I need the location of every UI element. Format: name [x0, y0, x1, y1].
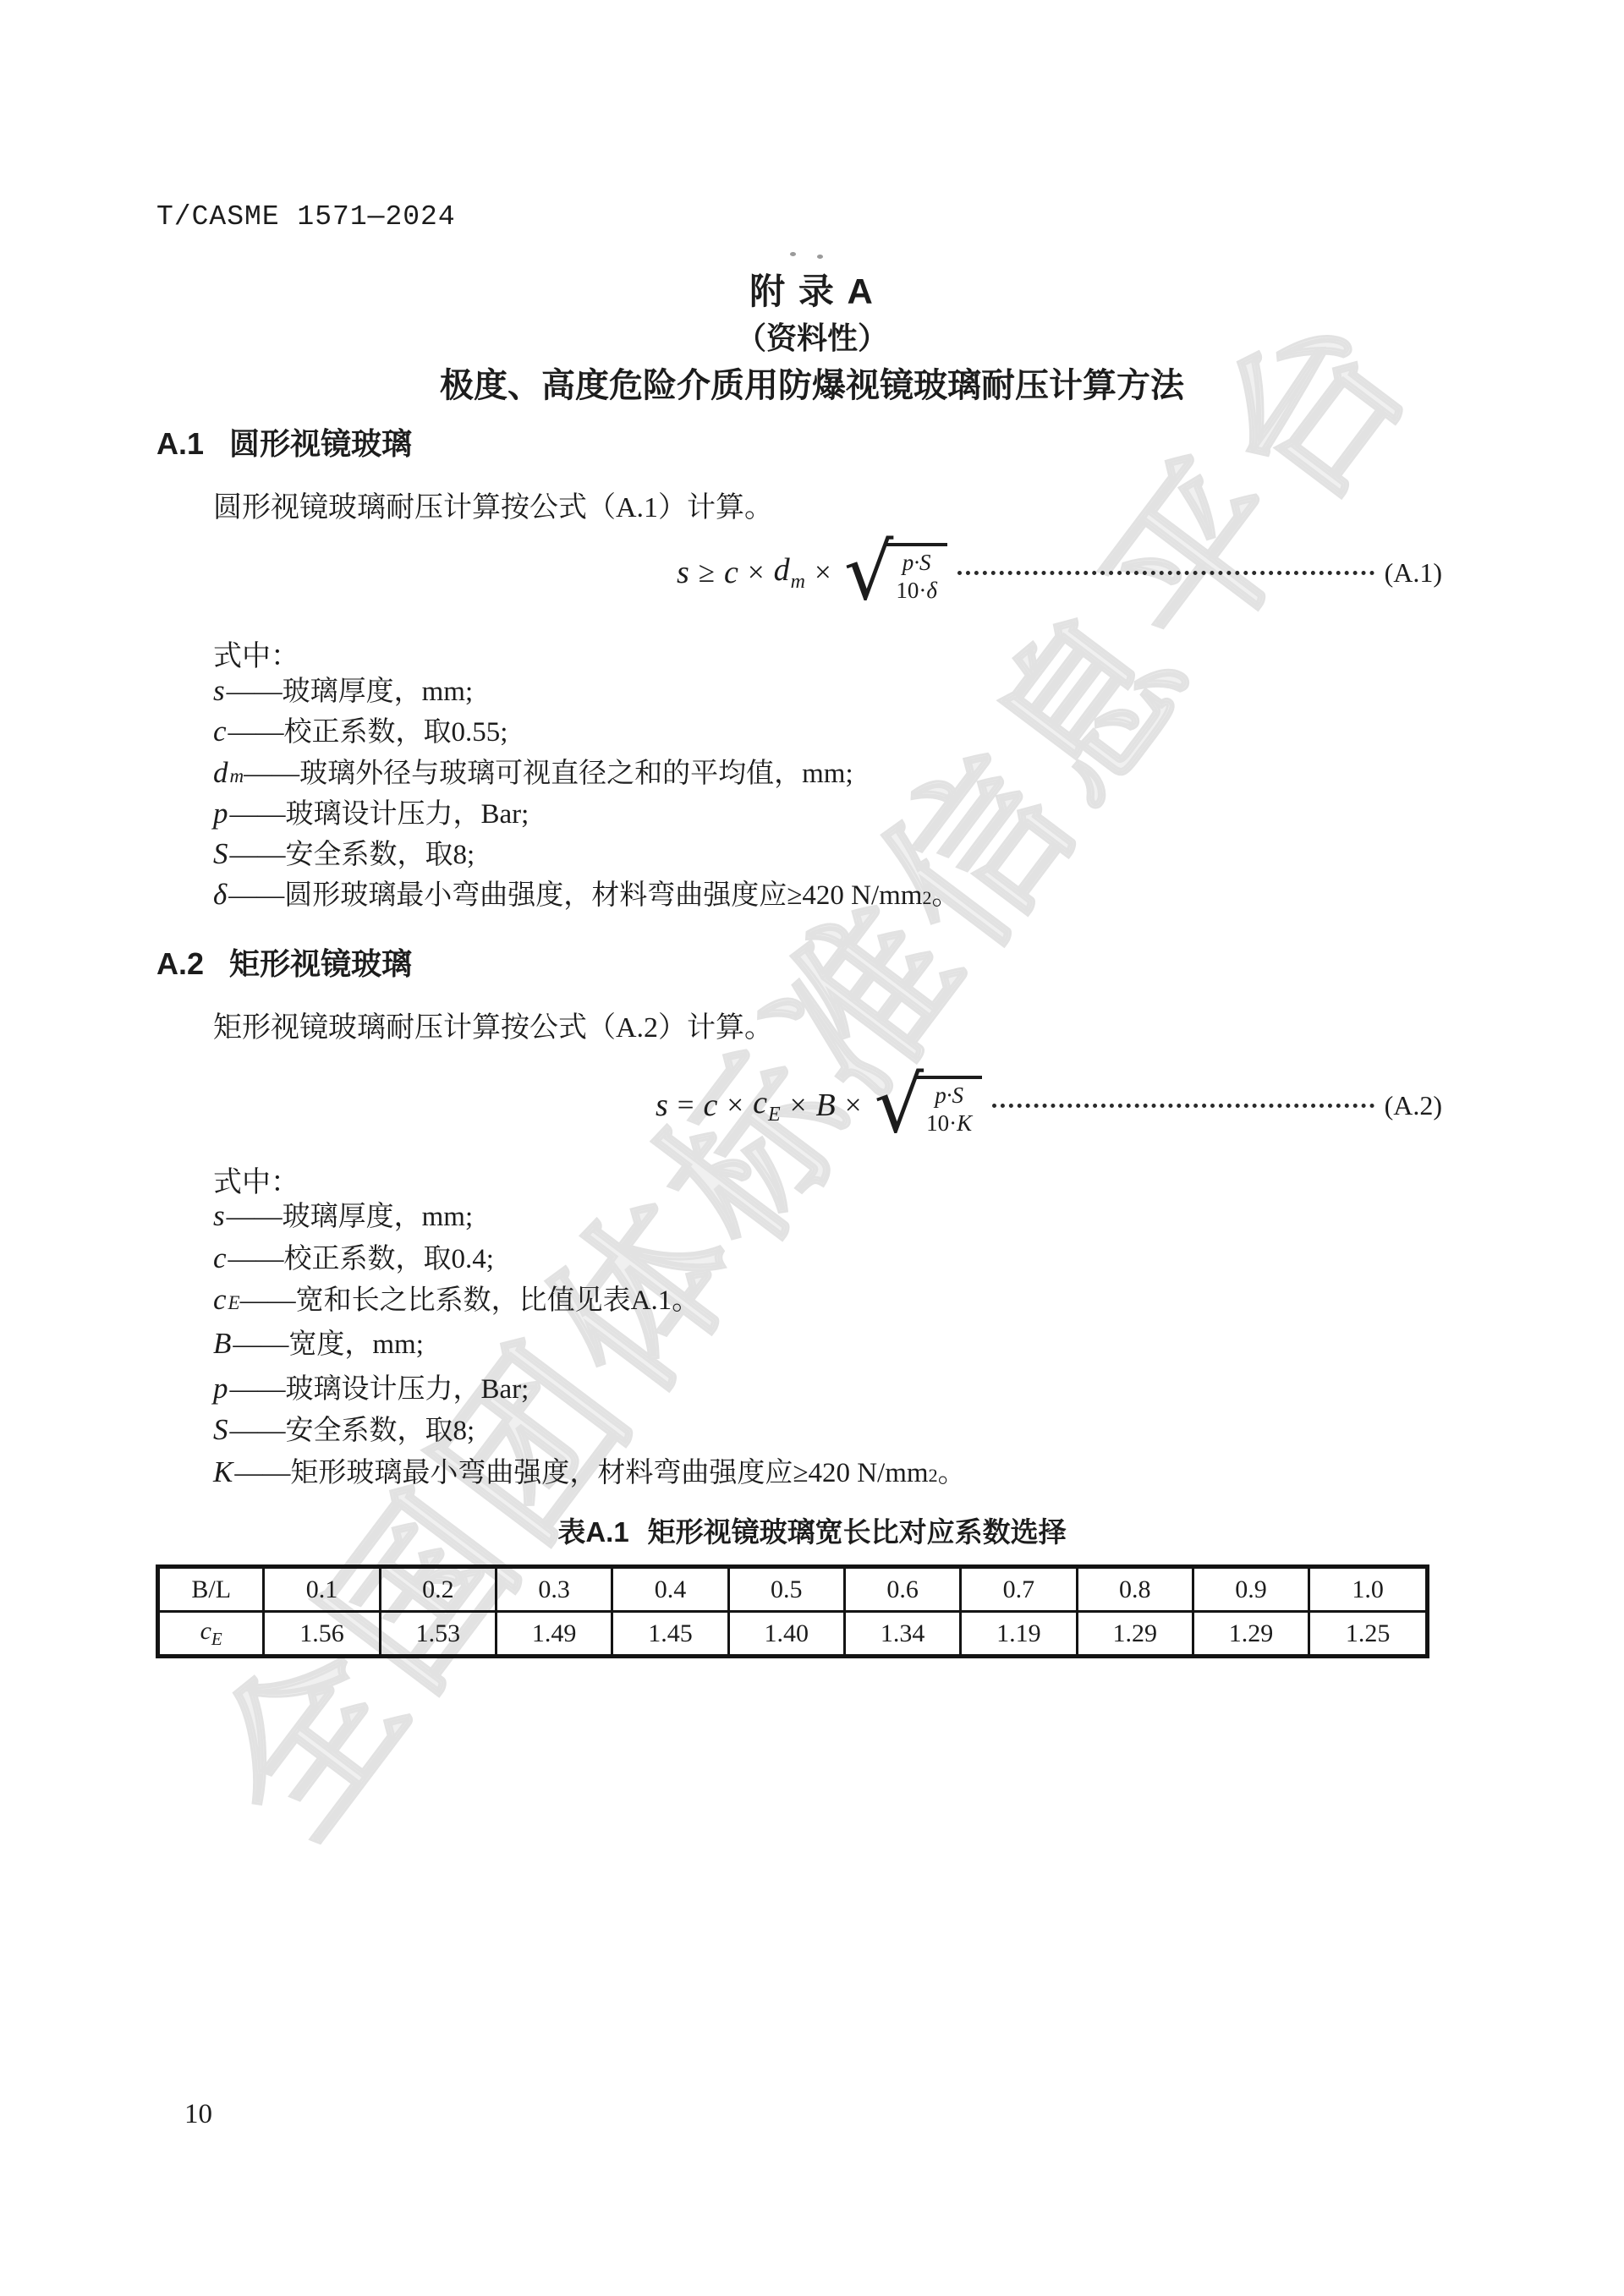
table-cell: 1.19	[961, 1612, 1077, 1657]
times-sign: ×	[727, 1088, 743, 1122]
table-cell: 1.34	[844, 1612, 960, 1657]
document-page: 全国团体标准信息平台 T/CASME 1571—2024 附 录 A （资料性）…	[0, 0, 1624, 2296]
var-s: s	[677, 554, 689, 591]
fraction-denominator: 10·K	[926, 1110, 972, 1137]
var-s: s	[656, 1087, 668, 1124]
table-row-label-ce: cE	[158, 1612, 264, 1657]
var-dm: dm	[774, 551, 805, 594]
definition-item: K——矩形玻璃最小弯曲强度，材料弯曲强度应≥420 N/mm2。	[213, 1450, 966, 1490]
section-a2-number: A.2	[156, 946, 204, 981]
scan-artifact-dot	[817, 255, 823, 259]
formula-a2-expression: s = c × cE × B × √ p·S 10·K	[656, 1069, 982, 1142]
section-a1-title: 圆形视镜玻璃	[229, 426, 412, 461]
table-caption-number: 表A.1	[557, 1516, 628, 1548]
table-cell: 0.1	[264, 1567, 380, 1612]
definition-item: s——玻璃厚度，mm;	[213, 1194, 473, 1234]
page-number: 10	[184, 2099, 212, 2130]
definition-item: S——安全系数，取8;	[213, 832, 475, 872]
definition-item: B——宽度，mm;	[213, 1322, 424, 1362]
formula-a2: s = c × cE × B × √ p·S 10·K (A.2)	[656, 1050, 1442, 1160]
table-cell: 0.7	[961, 1567, 1077, 1612]
formula-a2-label: (A.2)	[1385, 1090, 1442, 1121]
definition-item: δ——圆形玻璃最小弯曲强度，材料弯曲强度应≥420 N/mm2。	[213, 873, 959, 912]
equals-sign: =	[678, 1088, 694, 1122]
table-cell: 1.45	[612, 1612, 728, 1657]
dotted-leader	[992, 1104, 1374, 1108]
var-c: c	[724, 554, 738, 591]
var-c: c	[704, 1087, 718, 1124]
definition-item: p——玻璃设计压力，Bar;	[213, 1367, 529, 1406]
table-caption-text: 矩形视镜玻璃宽长比对应系数选择	[648, 1516, 1067, 1548]
table-cell: 1.40	[728, 1612, 844, 1657]
appendix-main-title: 极度、高度危险介质用防爆视镜玻璃耐压计算方法	[0, 359, 1624, 407]
fraction: p·S 10·K	[916, 1076, 982, 1137]
table-cell: 0.6	[844, 1567, 960, 1612]
relation-ge: ≥	[699, 556, 715, 589]
var-ce: cE	[753, 1084, 781, 1126]
section-a1-number: A.1	[156, 426, 204, 461]
sqrt-radical: √ p·S 10·δ	[844, 536, 947, 609]
times-sign: ×	[815, 556, 831, 589]
standard-number-header: T/CASME 1571—2024	[156, 201, 456, 233]
table-a1-caption: 表A.1矩形视镜玻璃宽长比对应系数选择	[0, 1510, 1624, 1550]
table-corner-cell: B/L	[158, 1567, 264, 1612]
formula-a1-expression: s ≥ c × dm × √ p·S 10·δ	[677, 536, 947, 609]
table-cell: 0.9	[1193, 1567, 1309, 1612]
table-row-ratios: B/L 0.1 0.2 0.3 0.4 0.5 0.6 0.7 0.8 0.9 …	[158, 1567, 1428, 1612]
times-sign: ×	[845, 1088, 862, 1122]
table-cell: 0.3	[496, 1567, 612, 1612]
times-sign: ×	[790, 1088, 807, 1122]
table-cell: 0.8	[1077, 1567, 1193, 1612]
times-sign: ×	[748, 556, 765, 589]
fraction-denominator: 10·δ	[896, 577, 937, 605]
table-cell: 0.5	[728, 1567, 844, 1612]
table-cell: 1.56	[264, 1612, 380, 1657]
table-cell: 1.49	[496, 1612, 612, 1657]
section-a2-intro: 矩形视镜玻璃耐压计算按公式（A.2）计算。	[213, 1004, 773, 1045]
section-a2-title: 矩形视镜玻璃	[229, 946, 412, 981]
formula-a1: s ≥ c × dm × √ p·S 10·δ (A.1)	[677, 518, 1442, 627]
appendix-subtitle-informative: （资料性）	[0, 315, 1624, 358]
table-a1: B/L 0.1 0.2 0.3 0.4 0.5 0.6 0.7 0.8 0.9 …	[156, 1564, 1429, 1658]
var-b: B	[815, 1087, 835, 1124]
where-label: 式中：	[213, 633, 299, 674]
definition-item: p——玻璃设计压力，Bar;	[213, 792, 529, 831]
definition-item: cE——宽和长之比系数，比值见表A.1。	[213, 1278, 700, 1318]
table-cell: 1.0	[1309, 1567, 1428, 1612]
definition-item: c——校正系数，取0.55;	[213, 710, 507, 749]
definition-item: S——安全系数，取8;	[213, 1408, 475, 1448]
table-cell: 1.53	[380, 1612, 496, 1657]
formula-a1-label: (A.1)	[1385, 557, 1442, 589]
definition-item: c——校正系数，取0.4;	[213, 1236, 494, 1276]
scan-artifact-dot	[790, 252, 796, 256]
table-cell: 1.29	[1077, 1612, 1193, 1657]
dotted-leader	[957, 571, 1374, 575]
table-row-coefficients: cE 1.56 1.53 1.49 1.45 1.40 1.34 1.19 1.…	[158, 1612, 1428, 1657]
definition-item: dm——玻璃外径与玻璃可视直径之和的平均值，mm;	[213, 751, 853, 791]
fraction-numerator: p·S	[935, 1082, 963, 1110]
section-a2-heading: A.2矩形视镜玻璃	[156, 940, 412, 984]
definition-item: s——玻璃厚度，mm;	[213, 669, 473, 709]
section-a1-heading: A.1圆形视镜玻璃	[156, 420, 412, 463]
sqrt-radical: √ p·S 10·K	[874, 1069, 982, 1142]
table-cell: 1.29	[1193, 1612, 1309, 1657]
table-cell: 1.25	[1309, 1612, 1428, 1657]
table-cell: 0.2	[380, 1567, 496, 1612]
fraction: p·S 10·δ	[886, 543, 947, 605]
table-cell: 0.4	[612, 1567, 728, 1612]
appendix-title: 附 录 A	[0, 264, 1624, 315]
fraction-numerator: p·S	[903, 549, 931, 577]
